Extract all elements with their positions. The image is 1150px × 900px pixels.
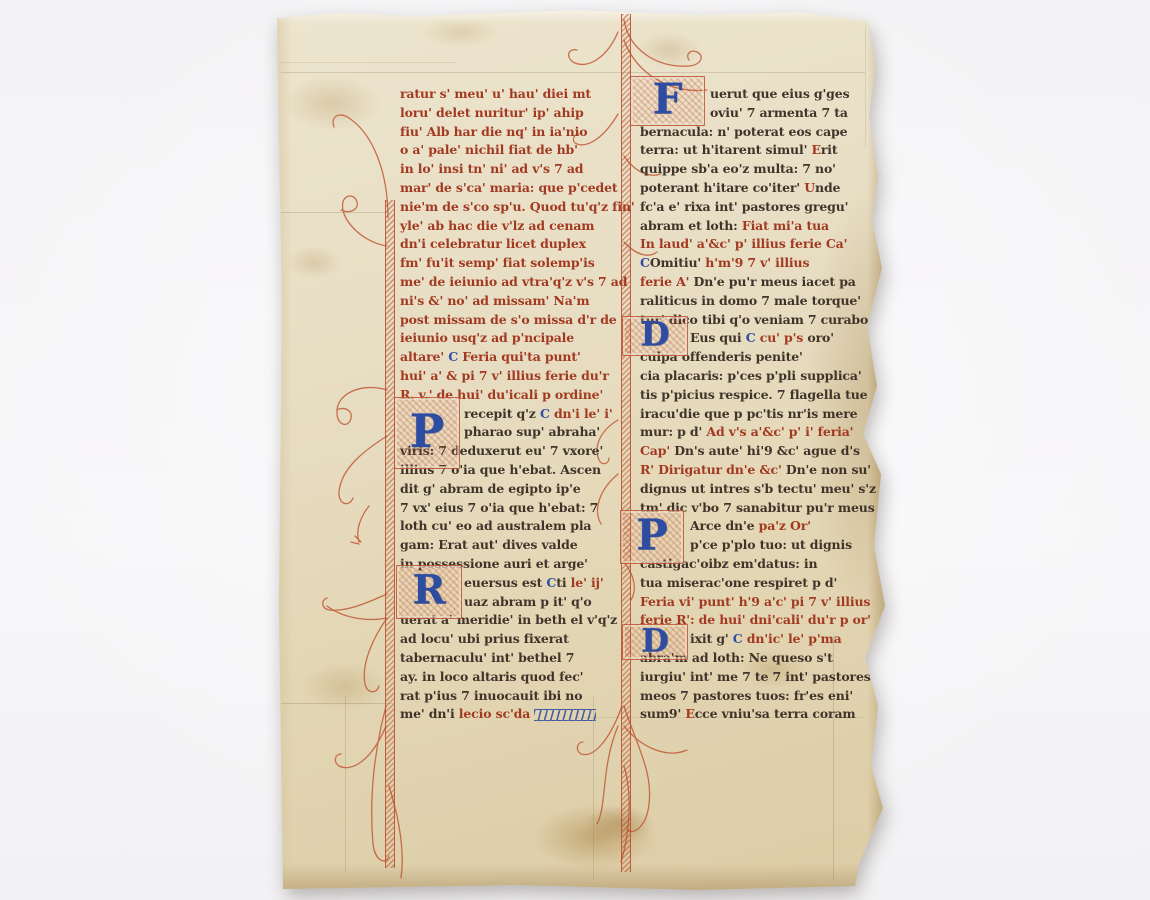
text-line: uerut que eius g'ges (710, 85, 849, 103)
text-run: mar' de s'ca' maria: que p'cedet (400, 180, 618, 195)
leaf-shadow-wrap: ratur s' meu' u' hau' diei mtloru' delet… (0, 0, 1150, 900)
text-line: raliticus in domo 7 male torque' (640, 292, 861, 310)
initial-letter: D (640, 314, 669, 354)
text-run: dit g' abram de egipto ip'e (400, 481, 581, 496)
text-run: uerut que eius g'ges (710, 86, 849, 101)
text-run: altare' (400, 349, 448, 364)
text-run: nie'm de s'co sp'u. Quod tu'q'z fin' (400, 199, 635, 214)
text-line: me' de ieiunio ad vtra'q'z v's 7 ad (400, 273, 627, 291)
text-run: yle' ab hac die v'lz ad cenam (400, 218, 594, 233)
text-run: meos 7 pastores tuos: fr'es eni' (640, 688, 853, 703)
text-run: In laud' a'&c' p' illius ferie Ca' (640, 236, 847, 251)
photo-background: ratur s' meu' u' hau' diei mtloru' delet… (0, 0, 1150, 900)
text-run: ti (556, 575, 570, 590)
text-run: lecio sc'da (459, 706, 530, 721)
text-run: Or' (790, 518, 811, 533)
initial-letter: P (410, 404, 445, 458)
text-line: sum9' Ecce vniu'sa terra coram (640, 705, 856, 723)
text-run: ad locu' ubi prius fixerat (400, 631, 569, 646)
text-line: Arce dn'e pa'z Or' (690, 517, 811, 535)
text-line: 7 vx' eius 7 o'ia que h'ebat: 7 (400, 499, 598, 517)
text-run: Fiat mi'a tua (742, 218, 829, 233)
text-run: Feria vi' punt' h'9 a'c' pi 7 v' illius (640, 594, 870, 609)
text-run: le' ij' (571, 575, 604, 590)
text-line: ferie A' Dn'e pu'r meus iacet pa (640, 273, 856, 291)
text-run: oro' (807, 330, 834, 345)
text-line: R' Dirigatur dn'e &c' Dn'e non su' (640, 461, 871, 479)
initial-letter: P (636, 511, 668, 560)
text-run: Cap' (640, 443, 674, 458)
text-run: dn'i celebratur licet duplex (400, 236, 586, 251)
text-line: ixit g' C dn'ic' le' p'ma (690, 630, 842, 648)
text-run: dn'i le' i' (550, 406, 613, 421)
text-run: Arce dn'e (690, 518, 759, 533)
text-run: fc'a e' rixa int' pastores gregu' (640, 199, 848, 214)
text-run: cce vniu'sa terra coram (695, 706, 856, 721)
text-run: 7 vx' eius 7 o'ia que h'ebat: 7 (400, 500, 598, 515)
text-run: ferie A' (640, 274, 694, 289)
text-line: abram et loth: Fiat mi'a tua (640, 217, 829, 235)
text-line: mar' de s'ca' maria: que p'cedet (400, 179, 618, 197)
text-run: rit (821, 142, 838, 157)
text-line: gam: Erat aut' dives valde (400, 536, 578, 554)
text-line: dit g' abram de egipto ip'e (400, 480, 581, 498)
text-line: p'ce p'plo tuo: ut dignis (690, 536, 852, 554)
text-line: ay. in loco altaris quod fec' (400, 668, 583, 686)
ruling-line (281, 72, 865, 73)
text-run: R' Dirigatur dn'e &c' (640, 462, 786, 477)
text-line: uaz abram p it' q'o (464, 593, 592, 611)
text-line: pharao sup' abraha' (464, 423, 600, 441)
text-run: C (746, 330, 756, 345)
text-line: post missam de s'o missa d'r de (400, 311, 617, 329)
text-run: E (811, 142, 820, 157)
text-run: fm' fu'it semp' fiat solemp'is (400, 255, 595, 270)
text-line: dignus ut intres s'b tectu' meu' s'z (640, 480, 876, 498)
text-run: raliticus in domo 7 male torque' (640, 293, 861, 308)
text-line: tabernaculu' int' bethel 7 (400, 649, 574, 667)
text-run: h'm'9 7 v' illius (705, 255, 809, 270)
text-run: oviu' 7 armenta 7 ta (710, 105, 848, 120)
text-run: Omitiu' (650, 255, 705, 270)
text-line: Eus qui C cu' p's oro' (690, 329, 834, 347)
text-line: ratur s' meu' u' hau' diei mt (400, 85, 591, 103)
text-line: dn'i celebratur licet duplex (400, 235, 586, 253)
text-line: In laud' a'&c' p' illius ferie Ca' (640, 235, 847, 253)
text-run: dn'ic' le' p'ma (743, 631, 842, 646)
text-run: ixit g' (690, 631, 733, 646)
text-run: in lo' insi tn' ni' ad v's 7 ad (400, 161, 583, 176)
text-run: cu' p's (756, 330, 808, 345)
ruling-line (281, 62, 457, 63)
illuminated-initial-D: D (622, 316, 688, 356)
illuminated-initial-P: P (620, 510, 684, 564)
text-line: fm' fu'it semp' fiat solemp'is (400, 254, 595, 272)
text-line: loth cu' eo ad australem pla (400, 517, 591, 535)
text-run: tabernaculu' int' bethel 7 (400, 650, 574, 665)
illuminated-initial-P: P (394, 397, 460, 469)
initial-letter: F (653, 75, 683, 124)
text-line: poterant h'itare co'iter' Unde (640, 179, 840, 197)
text-line: COmitiu' h'm'9 7 v' illius (640, 254, 809, 272)
text-run: C (733, 631, 743, 646)
text-line: iracu'die que p pc'tis nr'is mere (640, 405, 857, 423)
text-run: Dn'e pu'r meus iacet pa (694, 274, 856, 289)
text-run: ratur s' meu' u' hau' diei mt (400, 86, 591, 101)
text-run: rat p'ius 7 inuocauit ibi no (400, 688, 582, 703)
text-run: fiu' Alb har die nq' in ia'nio (400, 124, 587, 139)
ruling-line (345, 696, 346, 872)
text-line: rat p'ius 7 inuocauit ibi no (400, 687, 582, 705)
text-line: ieiunio usq'z ad p'ncipale (400, 329, 574, 347)
text-run: Eus qui (690, 330, 746, 345)
text-line: me' dn'i lecio sc'da (400, 705, 596, 723)
text-run: Ad v's a'&c' p' i' feria' (706, 424, 853, 439)
text-line: fiu' Alb har die nq' in ia'nio (400, 123, 587, 141)
initial-letter: R (412, 567, 445, 614)
text-line: ad locu' ubi prius fixerat (400, 630, 569, 648)
text-line: terra: ut h'itarent simul' Erit (640, 141, 838, 159)
text-run: Dn'e non su' (786, 462, 871, 477)
text-line: hui' a' & pi 7 v' illius ferie du'r (400, 367, 609, 385)
text-run: mur: p d' (640, 424, 706, 439)
text-run: terra: ut h'itarent simul' (640, 142, 811, 157)
text-line: o a' pale' nichil fiat de hb' (400, 141, 578, 159)
center-border-decoration (621, 14, 631, 872)
text-run: C (448, 349, 458, 364)
text-line: altare' C Feria qui'ta punt' (400, 348, 581, 366)
text-line: tis p'picius respice. 7 flagella tue (640, 386, 867, 404)
text-run: pharao sup' abraha' (464, 424, 600, 439)
text-run: tis p'picius respice. 7 flagella tue (640, 387, 867, 402)
text-line: fc'a e' rixa int' pastores gregu' (640, 198, 848, 216)
ruling-line (281, 212, 387, 213)
text-line: Feria vi' punt' h'9 a'c' pi 7 v' illius (640, 593, 870, 611)
text-run: recepit q'z (464, 406, 540, 421)
text-run: me' de ieiunio ad vtra'q'z v's 7 ad (400, 274, 627, 289)
text-line: nie'm de s'co sp'u. Quod tu'q'z fin' (400, 198, 635, 216)
text-run: Dn's aute' hi'9 &c' ague d's (674, 443, 860, 458)
text-run: gam: Erat aut' dives valde (400, 537, 578, 552)
text-line: euersus est Cti le' ij' (464, 574, 604, 592)
text-line: recepit q'z C dn'i le' i' (464, 405, 613, 423)
text-line: quippe sb'a eo'z multa: 7 no' (640, 160, 836, 178)
text-line: ni's &' no' ad missam' Na'm (400, 292, 589, 310)
text-line: loru' delet nuritur' ip' ahip (400, 104, 584, 122)
blue-line-filler-icon (534, 709, 596, 721)
text-line: yle' ab hac die v'lz ad cenam (400, 217, 594, 235)
text-run: ay. in loco altaris quod fec' (400, 669, 583, 684)
text-run: dignus ut intres s'b tectu' meu' s'z (640, 481, 876, 496)
initial-letter: D (641, 621, 669, 659)
text-run: pa'z (759, 518, 790, 533)
manuscript-leaf: ratur s' meu' u' hau' diei mtloru' delet… (277, 6, 889, 890)
text-line: Cap' Dn's aute' hi'9 &c' ague d's (640, 442, 860, 460)
text-run: p'ce p'plo tuo: ut dignis (690, 537, 852, 552)
text-run: Feria qui'ta punt' (458, 349, 581, 364)
text-run: E (685, 706, 694, 721)
text-run: ieiunio usq'z ad p'ncipale (400, 330, 574, 345)
text-run: hui' a' & pi 7 v' illius ferie du'r (400, 368, 609, 383)
text-run: sum9' (640, 706, 685, 721)
text-run: nde (815, 180, 840, 195)
text-run: quippe sb'a eo'z multa: 7 no' (640, 161, 836, 176)
illuminated-initial-R: R (396, 565, 462, 619)
text-line: cia placaris: p'ces p'pli supplica' (640, 367, 862, 385)
text-run: poterant h'itare co'iter' (640, 180, 804, 195)
text-line: oviu' 7 armenta 7 ta (710, 104, 848, 122)
text-run: euersus est (464, 575, 546, 590)
text-run: post missam de s'o missa d'r de (400, 312, 617, 327)
text-line: tua miserac'one respiret p d' (640, 574, 837, 592)
text-line: mur: p d' Ad v's a'&c' p' i' feria' (640, 423, 853, 441)
text-run: tua miserac'one respiret p d' (640, 575, 837, 590)
text-run: loth cu' eo ad australem pla (400, 518, 591, 533)
text-run: loru' delet nuritur' ip' ahip (400, 105, 584, 120)
text-run: o a' pale' nichil fiat de hb' (400, 142, 578, 157)
illuminated-initial-F: F (630, 76, 705, 126)
left-border-decoration (385, 200, 395, 868)
text-run: iracu'die que p pc'tis nr'is mere (640, 406, 857, 421)
text-run: C (546, 575, 556, 590)
ruling-line (281, 703, 393, 704)
text-run: ni's &' no' ad missam' Na'm (400, 293, 589, 308)
text-line: in lo' insi tn' ni' ad v's 7 ad (400, 160, 583, 178)
illuminated-initial-D: D (622, 624, 688, 660)
text-run: abram et loth: (640, 218, 742, 233)
text-line: iurgiu' int' me 7 te 7 int' pastores (640, 668, 871, 686)
text-run: C (540, 406, 550, 421)
text-run: U (804, 180, 815, 195)
text-run: cia placaris: p'ces p'pli supplica' (640, 368, 862, 383)
text-run: uaz abram p it' q'o (464, 594, 592, 609)
text-run: me' dn'i (400, 706, 459, 721)
text-run: C (640, 255, 650, 270)
text-run: iurgiu' int' me 7 te 7 int' pastores (640, 669, 871, 684)
text-line: meos 7 pastores tuos: fr'es eni' (640, 687, 853, 705)
